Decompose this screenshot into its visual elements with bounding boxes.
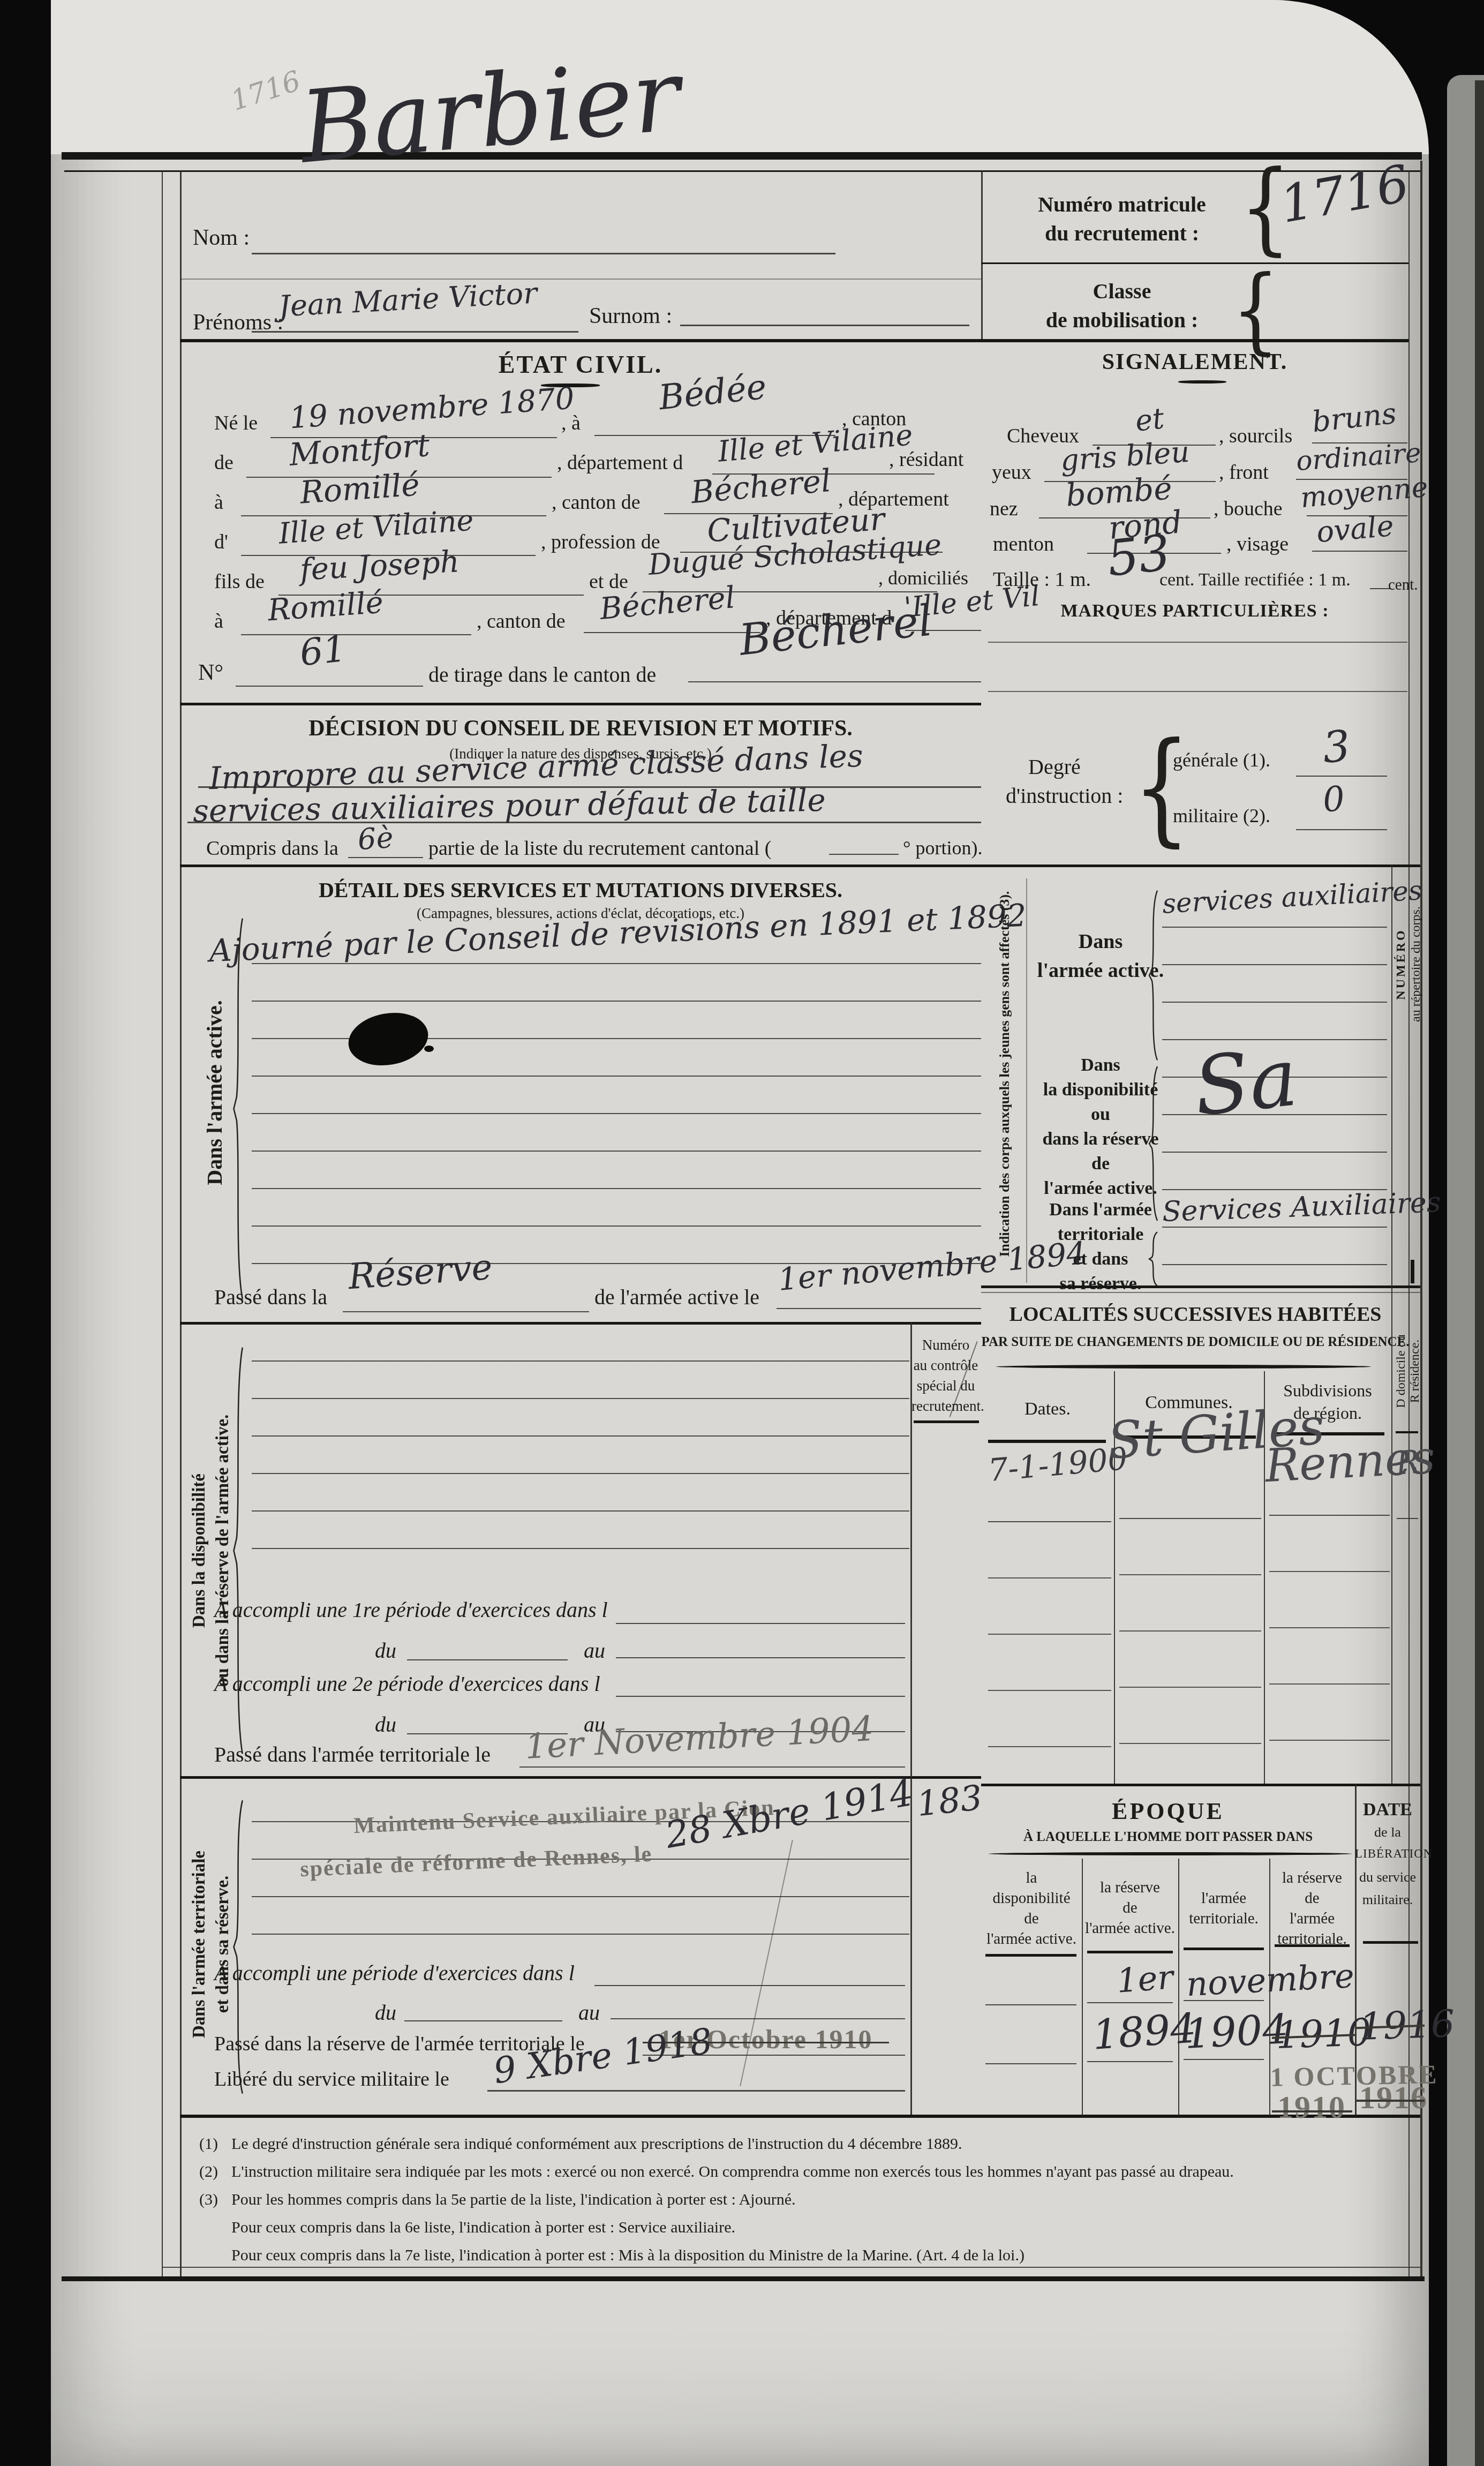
- frame-left-inner-line: [180, 170, 182, 2276]
- numero-corps-divider: [1391, 864, 1392, 1285]
- numero-corps-vertical-2: au répertoire du corps.: [1409, 906, 1423, 1022]
- header-bottom-rule: [180, 339, 1408, 342]
- dep-d-label: d': [214, 530, 228, 554]
- epoque-col4-label-3: l'armée: [1269, 1910, 1355, 1928]
- domicilies-label: , domiciliés: [878, 567, 968, 589]
- header-row-separator: [180, 279, 981, 280]
- epoque-date-label-1: DATE: [1355, 1800, 1420, 1820]
- footnote-2-text: L'instruction militaire sera indiquée pa…: [231, 2163, 1234, 2181]
- tirage-number-written: 61: [298, 628, 348, 675]
- corps-g1-label-1: Dans: [1039, 930, 1162, 953]
- visage-written: ovale: [1315, 509, 1395, 549]
- instruction-generale-label: générale (1).: [1173, 749, 1270, 771]
- residence-canton-label: , canton de: [552, 491, 641, 514]
- taille-rectifiee-label: cent. Taille rectifiée : 1 m.: [1159, 570, 1351, 590]
- yeux-label: yeux: [992, 461, 1031, 484]
- residant-label: , résidant: [889, 448, 963, 471]
- instruction-militaire-label: militaire (2).: [1173, 805, 1270, 827]
- prenoms-blank-line: [252, 331, 578, 333]
- controle-number-written: 183: [915, 1778, 984, 1824]
- instruction-militaire-written: 0: [1321, 779, 1346, 820]
- taille-label: Taille : 1 m.: [993, 568, 1091, 591]
- departement-label: , département d: [557, 451, 683, 475]
- epoque-subtitle: À LAQUELLE L'HOMME DOIT PASSER DANS: [981, 1830, 1355, 1845]
- au-label: au: [584, 1638, 605, 1663]
- epoque-written-1904: 1904: [1184, 2005, 1290, 2058]
- epoque-col4-label-2: de: [1269, 1890, 1355, 1907]
- epoque-col2-label-1: la réserve: [1082, 1879, 1178, 1897]
- compris-label-2: partie de la liste du recrutement canton…: [428, 837, 771, 860]
- localites-swell-rule: [996, 1365, 1371, 1369]
- localites-row-dr: R: [1394, 1443, 1421, 1483]
- epoque-col1-label-2: disponibilité: [981, 1890, 1082, 1907]
- ne-le-label: Né le: [214, 411, 258, 435]
- disponibilite-bottom-rule: [180, 1776, 981, 1779]
- epoque-written-1894: 1894: [1091, 2004, 1197, 2058]
- sections-bottom-rule: [180, 2115, 1420, 2118]
- controle-header-rule: [914, 1420, 979, 1423]
- footnote-3-text: Pour les hommes compris dans la 5e parti…: [231, 2191, 796, 2209]
- controle-header-4: recrutement.: [912, 1398, 980, 1415]
- passe-reserve-label-2: de l'armée active le: [594, 1284, 759, 1310]
- bouche-label: , bouche: [1214, 497, 1283, 521]
- corps-g2-label-1: Dans: [1044, 1055, 1157, 1076]
- degre-label-2: d'instruction :: [1006, 783, 1123, 808]
- corps-g1-brace: [1146, 887, 1159, 1064]
- armee-active-brace: [230, 911, 244, 1307]
- armee-active-vertical-label: Dans l'armée active.: [202, 1000, 227, 1185]
- ruled-lines-group: [1119, 1519, 1261, 1744]
- stamp-1910: 1910: [1277, 2089, 1346, 2126]
- du-label: du: [375, 2000, 396, 2025]
- signalement-title: SIGNALEMENT.: [981, 349, 1408, 375]
- frame-top-thick-rule: [62, 152, 1422, 160]
- taille-unit-label: cent.: [1388, 576, 1418, 594]
- nez-label: nez: [990, 497, 1018, 521]
- stamp-1916-struck: 1916: [1359, 2079, 1428, 2116]
- front-label: , front: [1219, 461, 1269, 484]
- epoque-date-label-4: du service: [1355, 1869, 1420, 1885]
- passe-territoriale-label: Passé dans l'armée territoriale le: [214, 1742, 491, 1767]
- adjacent-page-edge: [1447, 75, 1484, 2466]
- classe-label-line2: de mobilisation :: [1007, 307, 1237, 333]
- surnom-blank-line: [680, 325, 969, 326]
- epoque-written-1910-struck: 1910: [1275, 2010, 1372, 2057]
- profession-label: , profession de: [541, 530, 660, 554]
- footnote-1-marker: (1): [199, 2135, 218, 2153]
- etat-civil-bottom-rule: [180, 703, 981, 705]
- signalement-title-rule: [1178, 380, 1226, 384]
- compris-written: 6è: [357, 821, 395, 856]
- surnom-label: Surnom :: [589, 303, 672, 329]
- corps-g2-label-5: de: [1044, 1154, 1157, 1174]
- au-label: au: [578, 2000, 600, 2025]
- epoque-col-line-1: [1082, 1859, 1083, 2116]
- nom-blank-line: [252, 253, 835, 254]
- frame-left-outer-line: [162, 170, 163, 2276]
- domicile-a-label: à: [214, 610, 223, 633]
- a-label: , à: [561, 411, 581, 435]
- du-label: du: [375, 1712, 396, 1737]
- sourcils-label: , sourcils: [1219, 424, 1292, 448]
- corps-g3-brace: [1146, 1231, 1159, 1287]
- epoque-top-rule: [981, 1784, 1420, 1786]
- corps-g2-written: Sa: [1189, 1031, 1301, 1134]
- corps-vertical-label: Indication des corps auxquels les jeunes…: [997, 891, 1013, 1257]
- periode2-label: A accompli une 2e période d'exercices da…: [214, 1671, 600, 1696]
- ink-blot-small: [424, 1046, 434, 1052]
- epoque-col1-label-4: l'armée active.: [981, 1930, 1082, 1948]
- passe-reserve-label-1: Passé dans la: [214, 1284, 327, 1310]
- scanned-military-register-sheet: 1716 Barbier Nom : Prénoms : Jean Marie …: [0, 0, 1484, 2466]
- epoque-date-label-5: militaire.: [1355, 1892, 1420, 1908]
- epoque-col3-label-1: l'armée: [1178, 1890, 1269, 1907]
- controle-header-1: Numéro: [912, 1337, 980, 1354]
- du-label: du: [375, 1638, 396, 1663]
- localites-subtitle: PAR SUITE DE CHANGEMENTS DE DOMICILE OU …: [981, 1335, 1410, 1350]
- footnote-4-text: Pour ceux compris dans la 6e liste, l'in…: [231, 2219, 735, 2237]
- disponibilite-vertical-label-1: Dans la disponibilité: [190, 1473, 209, 1628]
- etat-civil-title: ÉTAT CIVIL.: [180, 350, 981, 379]
- compris-label-3: ° portion).: [903, 837, 982, 859]
- degre-brace: {: [1133, 716, 1191, 859]
- services-title: DÉTAIL DES SERVICES ET MUTATIONS DIVERSE…: [180, 877, 981, 903]
- ruled-lines-group: [252, 1324, 909, 1549]
- ruled-lines-group: [988, 1522, 1111, 1747]
- localites-top-rule: [981, 1285, 1420, 1288]
- territoriale-vertical-label-2: et dans sa réserve.: [213, 1876, 233, 2013]
- periode1-label: A accompli une 1re période d'exercices d…: [214, 1597, 608, 1622]
- epoque-col4-label-1: la réserve: [1269, 1869, 1355, 1887]
- epoque-col3-label-2: territoriale.: [1178, 1910, 1269, 1928]
- footnote-3-marker: (3): [199, 2191, 218, 2209]
- margin-tick: [1411, 1260, 1414, 1283]
- decision-bottom-rule: [180, 864, 1420, 867]
- classe-brace: {: [1232, 256, 1279, 365]
- epoque-col2-label-2: de: [1082, 1899, 1178, 1917]
- corps-band-line: [1026, 878, 1027, 1283]
- epoque-col1-label-1: la: [981, 1869, 1082, 1887]
- degre-label-1: Degré: [1028, 754, 1081, 779]
- matricule-label-line2: du recrutement :: [1007, 221, 1237, 246]
- adjacent-page-frame: [1475, 80, 1484, 2466]
- header-vertical-divider: [981, 170, 983, 341]
- compris-label-1: Compris dans la: [206, 837, 338, 860]
- menton-label: menton: [993, 532, 1054, 556]
- residence-a-label: à: [214, 491, 223, 514]
- localites-side-label-1: D domicile ou: [1394, 1334, 1408, 1408]
- domicile-canton-label: , canton de: [477, 610, 566, 633]
- fils-de-label: fils de: [214, 570, 265, 593]
- cheveux-written: et: [1134, 401, 1166, 438]
- visage-label: , visage: [1226, 532, 1289, 556]
- tirage-no-label: N°: [198, 660, 223, 686]
- disponibilite-vertical-label-2: ou dans la réserve de l'armée active.: [213, 1415, 233, 1687]
- ruled-lines-group: [252, 927, 981, 1265]
- localites-side-label-2: R résidence.: [1408, 1340, 1422, 1403]
- controle-column-divider: [910, 1322, 912, 2116]
- frame-bottom-thin-rule: [162, 2267, 1420, 2268]
- tirage-label: de tirage dans le canton de: [428, 662, 656, 687]
- localites-title: LOCALITÉS SUCCESSIVES HABITÉES: [981, 1303, 1410, 1326]
- classe-label-line1: Classe: [1007, 279, 1237, 304]
- libere-label: Libéré du service militaire le: [214, 2067, 449, 2091]
- epoque-date-label-2: de la: [1355, 1824, 1420, 1840]
- epoque-date-label-3: LIBÉRATION: [1355, 1847, 1420, 1861]
- territoriale-periode-label: A accompli une période d'exercices dans …: [214, 1960, 575, 1986]
- territoriale-vertical-label-1: Dans l'armée territoriale: [190, 1851, 209, 2038]
- localites-header-dates: Dates.: [981, 1399, 1114, 1419]
- localites-col-line-3: [1391, 1285, 1392, 1784]
- ruled-lines-group: [1269, 1516, 1390, 1741]
- de-label: de: [214, 451, 233, 475]
- instruction-generale-written: 3: [1321, 721, 1352, 773]
- controle-header-3: spécial du: [912, 1378, 980, 1394]
- corps-g2-label-3: ou: [1044, 1104, 1157, 1125]
- numero-corps-vertical-1: NUMÉRO: [1394, 928, 1408, 999]
- epoque-col2-label-3: l'armée active.: [1082, 1920, 1178, 1937]
- disponibilite-brace: [230, 1339, 244, 1762]
- frame-bottom-thick-rule: [62, 2276, 1425, 2281]
- frame-top-thin-rule: [64, 170, 1420, 172]
- footnote-5-text: Pour ceux compris dans la 7e liste, l'in…: [231, 2246, 1025, 2265]
- epoque-title: ÉPOQUE: [981, 1798, 1355, 1825]
- localites-header-subdivisions-1: Subdivisions: [1264, 1381, 1391, 1401]
- epoque-swell-rule: [988, 1852, 1352, 1855]
- epoque-col1-label-3: de: [981, 1910, 1082, 1928]
- epoque-written-1er: 1er: [1116, 1957, 1175, 2000]
- footnote-1-text: Le degré d'instruction générale sera ind…: [231, 2135, 962, 2153]
- nom-label: Nom :: [193, 225, 250, 251]
- matricule-classe-separator: [981, 262, 1408, 264]
- footnote-2-marker: (2): [199, 2163, 218, 2181]
- corps-g3-label-1: Dans l'armée: [1031, 1200, 1170, 1220]
- matricule-label-line1: Numéro matricule: [1007, 192, 1237, 217]
- marques-label: MARQUES PARTICULIÈRES :: [981, 601, 1408, 621]
